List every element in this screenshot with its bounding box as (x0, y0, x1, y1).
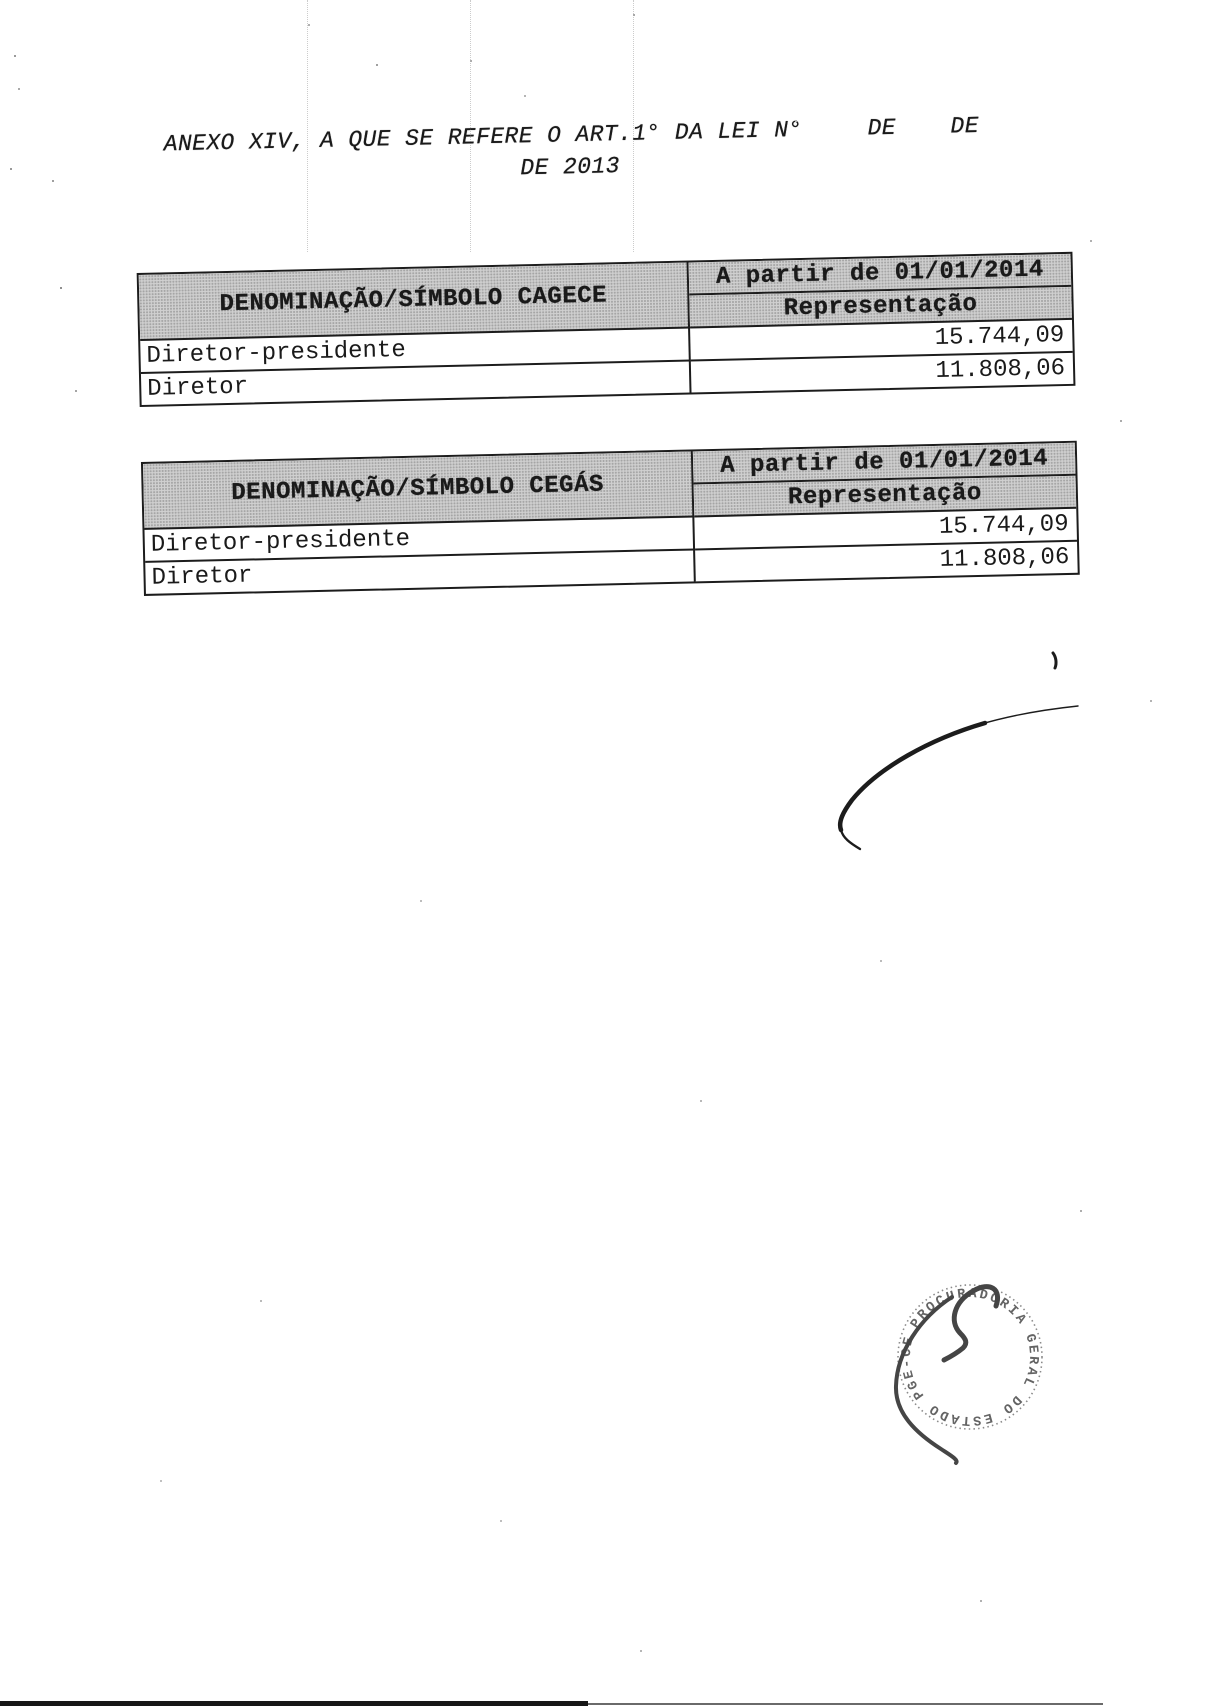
page-content: ANEXO XIV, A QUE SE REFERE O ART.1° DA L… (0, 0, 1215, 1706)
scan-artifact-line (470, 0, 471, 252)
scan-noise (0, 0, 2, 2)
scan-artifact-line (633, 0, 634, 252)
table-cagece-denomination-header: DENOMINAÇÃO/SÍMBOLO CAGECE (139, 263, 690, 341)
title-blank-de-2: DE (950, 113, 979, 140)
document-title: ANEXO XIV, A QUE SE REFERE O ART.1° DA L… (163, 111, 1064, 189)
table-cagece: DENOMINAÇÃO/SÍMBOLO CAGECE A partir de 0… (137, 252, 1076, 407)
scan-artifact-line (307, 0, 308, 252)
scan-edge-bar-faint (588, 1703, 1103, 1705)
title-blank-de-1: DE (867, 115, 896, 142)
table-cegas: DENOMINAÇÃO/SÍMBOLO CEGÁS A partir de 01… (141, 441, 1080, 596)
table-cegas-denomination-header: DENOMINAÇÃO/SÍMBOLO CEGÁS (143, 451, 694, 529)
scanned-document-page: { "document": { "title": { "line1": "ANE… (0, 0, 1215, 1706)
scan-edge-bar (0, 1701, 588, 1706)
